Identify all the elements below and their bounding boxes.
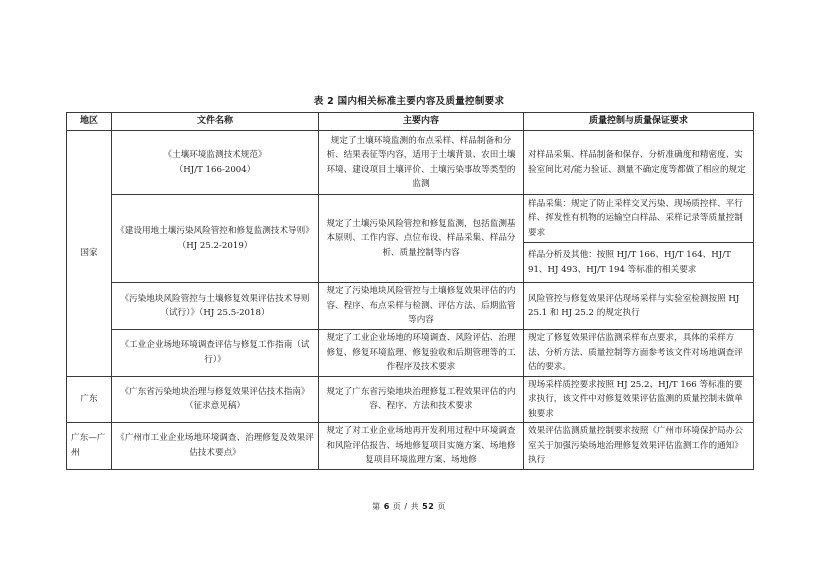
doc-name-cell: 《污染地块风险管控与土壤修复效果评估技术导则（试行）》（HJ 25.5-2018… [112, 283, 319, 330]
doc-code: （HJ 25.2-2019） [116, 239, 314, 254]
doc-name-cell: 《广州市工业企业场地环境调查、治理修复及效果评估技术要点》 [112, 423, 319, 470]
footer-suffix: 页 [437, 502, 446, 511]
region-cell: 广东 [67, 376, 112, 423]
qc-cell-analysis: 样品分析及其他：按照 HJ/T 166、HJ/T 164、HJ/T 91、HJ … [524, 243, 754, 283]
current-page: 6 [384, 502, 390, 511]
region-cell: 广东—广州 [67, 423, 112, 470]
doc-name-cell: 《工业企业场地环境调查评估与修复工作指南（试行）》 [112, 330, 319, 377]
content-cell: 规定了广东省污染地块治理修复工程效果评估的内容、程序、方法和技术要求 [319, 376, 524, 423]
standards-table: 地区 文件名称 主要内容 质量控制与质量保证要求 国家 《土壤环境监测技术规范》… [66, 112, 754, 470]
content-cell: 规定了污染地块风险管控与土壤修复效果评估的内容、程序、布点采样与检测、评估方法、… [319, 283, 524, 330]
table-row: 《污染地块风险管控与土壤修复效果评估技术导则（试行）》（HJ 25.5-2018… [67, 283, 754, 330]
qc-cell-sampling: 样品采集：规定了防止采样交叉污染、现场质控样、平行样、挥发性有机物的运输空白样品… [524, 195, 754, 243]
total-pages: 52 [422, 502, 434, 511]
qc-cell: 规定了修复效果评估监测采样布点要求，具体的采样方法、分析方法、质量控制等方面参考… [524, 330, 754, 377]
qc-cell: 现场采样质控要求按照 HJ 25.2、HJ/T 166 等标准的要求执行，该文件… [524, 376, 754, 423]
content-cell: 规定了土壤污染风险管控和修复监测，包括监测基本原则、工作内容、点位布设、样品采集… [319, 195, 524, 283]
table-caption: 表 2 国内相关标准主要内容及质量控制要求 [0, 93, 818, 107]
table-row: 广东—广州 《广州市工业企业场地环境调查、治理修复及效果评估技术要点》 规定了对… [67, 423, 754, 470]
table-row: 《工业企业场地环境调查评估与修复工作指南（试行）》 规定了工业企业场地的环境调查… [67, 330, 754, 377]
content-cell: 规定了土壤环境监测的布点采样、样品制备和分析、结果表征等内容，适用于土壤背景、农… [319, 131, 524, 195]
header-content: 主要内容 [319, 113, 524, 131]
footer-mid: 页 / 共 [393, 502, 419, 511]
doc-name-cell: 《土壤环境监测技术规范》 （HJ/T 166-2004） [112, 131, 319, 195]
doc-name-cell: 《建设用地土壤污染风险管控和修复监测技术导则》 （HJ 25.2-2019） [112, 195, 319, 283]
doc-title: 《建设用地土壤污染风险管控和修复监测技术导则》 [116, 224, 314, 239]
doc-code: （HJ/T 166-2004） [116, 163, 314, 178]
qc-cell: 对样品采集、样品制备和保存、分析准确度和精密度、实验室间比对/能力验证、测量不确… [524, 131, 754, 195]
region-cell: 国家 [67, 131, 112, 377]
header-qc: 质量控制与质量保证要求 [524, 113, 754, 131]
qc-cell: 效果评估监测质量控制要求按照《广州市环境保护局办公室关于加强污染场地治理修复效果… [524, 423, 754, 470]
doc-name-cell: 《广东省污染地块治理与修复效果评估技术指南》（征求意见稿） [112, 376, 319, 423]
header-doc-name: 文件名称 [112, 113, 319, 131]
content-cell: 规定了工业企业场地的环境调查、风险评估、治理修复、修复环境监理、修复验收和后期管… [319, 330, 524, 377]
qc-cell: 风险管控与修复效果评估现场采样与实验室检测按照 HJ 25.1 和 HJ 25.… [524, 283, 754, 330]
header-region: 地区 [67, 113, 112, 131]
page-footer: 第 6 页 / 共 52 页 [0, 501, 818, 512]
footer-prefix: 第 [372, 502, 381, 511]
table-row: 《建设用地土壤污染风险管控和修复监测技术导则》 （HJ 25.2-2019） 规… [67, 195, 754, 243]
content-cell: 规定了对工业企业场地再开发利用过程中环境调查和风险评估报告、场地修复项目实施方案… [319, 423, 524, 470]
table-row: 国家 《土壤环境监测技术规范》 （HJ/T 166-2004） 规定了土壤环境监… [67, 131, 754, 195]
doc-title: 《土壤环境监测技术规范》 [116, 148, 314, 163]
table-row: 广东 《广东省污染地块治理与修复效果评估技术指南》（征求意见稿） 规定了广东省污… [67, 376, 754, 423]
table-header-row: 地区 文件名称 主要内容 质量控制与质量保证要求 [67, 113, 754, 131]
